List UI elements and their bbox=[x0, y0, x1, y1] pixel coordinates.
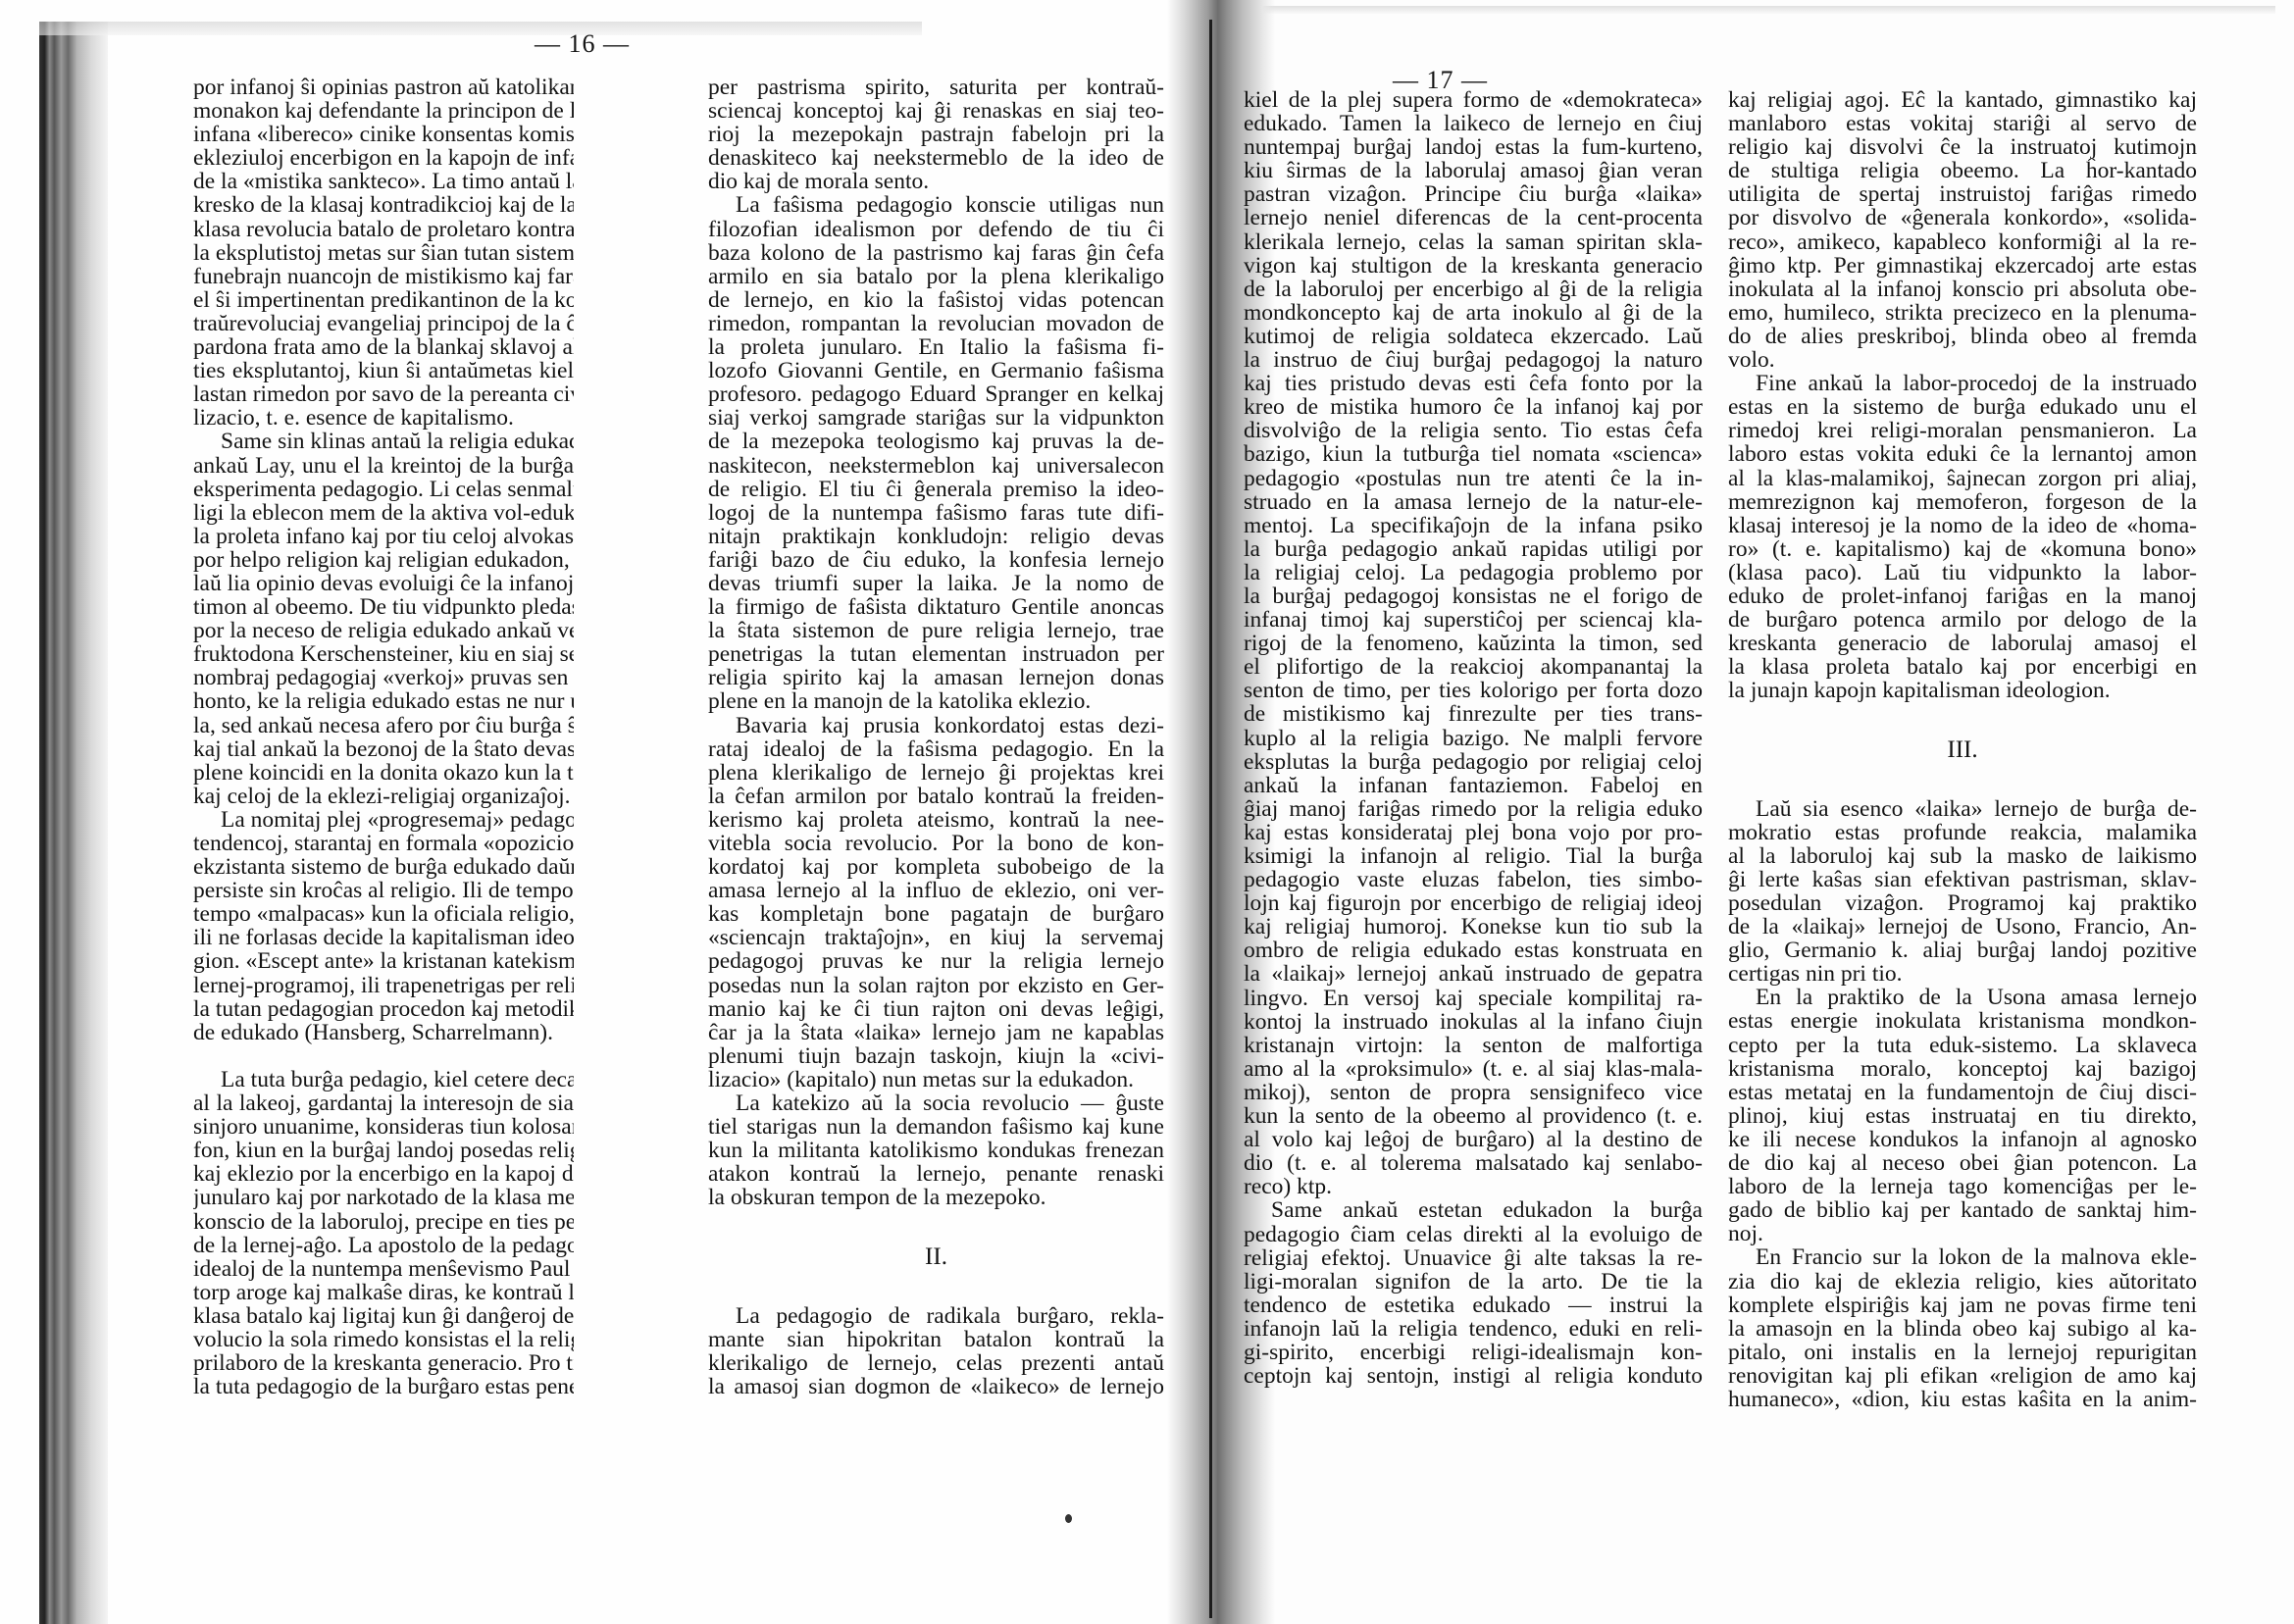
text-line: ĝi lerte kaŝas sian efektivan pastrisman… bbox=[1728, 868, 2197, 891]
text-line: al la klas-malamikoj, ŝajnecan zorgon pr… bbox=[1728, 467, 2197, 490]
text-line: devas triumfi super la laika. Je la nomo… bbox=[708, 572, 1164, 595]
text-line: do de alies preskriboj, blinda obeo al f… bbox=[1728, 325, 2197, 348]
text-line: persiste sin kroĉas al religio. Ili de t… bbox=[193, 879, 574, 902]
text-line: lizacio, t. e. esence de kapitalismo. bbox=[193, 406, 574, 430]
text-line: La faŝisma pedagogio konscie utiligas nu… bbox=[708, 193, 1164, 217]
text-line: En la praktiko de la Usona amasa lernejo bbox=[1728, 986, 2197, 1009]
text-line: rataj idealoj de la faŝisma pedagogio. E… bbox=[708, 737, 1164, 761]
text-line: armilo en sia batalo por la plena klerik… bbox=[708, 265, 1164, 288]
text-line: el ŝi impertinentan predikantinon de la … bbox=[193, 288, 574, 312]
text-line: kiu ŝirmas de la laborulaj amasoj ĝian v… bbox=[1244, 159, 1703, 182]
text-line: kaj tial ankaŭ la bezonoj de la ŝtato de… bbox=[193, 737, 574, 761]
text-line: klasa revolucia batalo de proletaro kont… bbox=[193, 218, 574, 241]
text-line: de la «laikaj» lernejoj de Usono, Franci… bbox=[1728, 915, 2197, 939]
page-16-column-2: per pastrisma spirito, saturita per kont… bbox=[708, 76, 1164, 1398]
text-line: plene koincidi en la donita okazo kun la… bbox=[193, 761, 574, 785]
text-line: emo, humileco, strikta precizeco en la p… bbox=[1728, 301, 2197, 325]
text-line: la junajn kapojn kapitalisman ideologion… bbox=[1728, 679, 2197, 702]
text-line: penetrigas la tutan elementan instruadon… bbox=[708, 642, 1164, 666]
page-17-column-1: kiel de la plej supera formo de «demokra… bbox=[1244, 88, 1703, 1388]
text-line: rioj la mezepokajn pastrajn fabelojn pri… bbox=[708, 123, 1164, 146]
text-line: tempo «malpacas» kun la oficiala religio… bbox=[193, 902, 574, 926]
text-line: timon al obeemo. De tiu vidpunkto pledas bbox=[193, 595, 574, 619]
text-line: pedagogio ĉiam celas direkti al la evolu… bbox=[1244, 1223, 1703, 1246]
text-line: la tuta pedagogio de la burĝaro estas pe… bbox=[193, 1375, 574, 1398]
text-line: estas en la sistemo de burĝa edukado unu… bbox=[1728, 395, 2197, 419]
text-line: kreo de mistika humoro ĉe la infanoj kaj… bbox=[1244, 395, 1703, 419]
text-line: la amasojn en la blinda obeo kaj subigo … bbox=[1728, 1317, 2197, 1341]
text-line: kutimoj de religia soldateca ekzercado. … bbox=[1244, 325, 1703, 348]
text-line: rimedoj krei religi-moralan pensmanieron… bbox=[1728, 419, 2197, 442]
text-line: kreskanta generacio de laborulaj amasoj … bbox=[1728, 632, 2197, 655]
text-line: laŭ lia opinio devas evoluigi ĉe la infa… bbox=[193, 572, 574, 595]
text-line: de lernejo, en kio la faŝistoj vidas pot… bbox=[708, 288, 1164, 312]
text-line: posedas nun la solan rajton por ekzisto … bbox=[708, 974, 1164, 997]
text-line: de mistikismo kaj finrezulte per ties tr… bbox=[1244, 702, 1703, 726]
text-line: gi-spirito, encerbigi religi-idealismajn… bbox=[1244, 1341, 1703, 1364]
text-line: plenumi tiujn bazajn taskojn, kiujn la «… bbox=[708, 1044, 1164, 1068]
text-line: por infanoj ŝi opinias pastron aŭ katoli… bbox=[193, 76, 574, 99]
paragraph-gap bbox=[708, 1210, 1164, 1234]
text-line: plene en la manojn de la katolika eklezi… bbox=[708, 689, 1164, 713]
text-line: de stultiga religia obeemo. La ĥor-kanta… bbox=[1728, 159, 2197, 182]
text-line: la burĝaj pedagogoj konsistas ne el fori… bbox=[1244, 584, 1703, 608]
text-line: ĉar ja la ŝtata «laika» lernejo jam ne k… bbox=[708, 1021, 1164, 1044]
page-16-column-1: por infanoj ŝi opinias pastron aŭ katoli… bbox=[193, 76, 574, 1398]
section-heading: III. bbox=[1728, 727, 2197, 774]
text-line: siaj verkoj samgrade stariĝas sur la vid… bbox=[708, 406, 1164, 430]
text-line: tiel starigas nun la demandon faŝismo ka… bbox=[708, 1115, 1164, 1139]
text-line: idealoj de la nuntempa menŝevismo Paul N… bbox=[193, 1257, 574, 1281]
text-line: laboro de la lerneja tago komenciĝas per… bbox=[1728, 1175, 2197, 1198]
text-line: nombraj pedagogiaj «verkoj» pruvas sen i… bbox=[193, 666, 574, 689]
text-line: lizacio» (kapitalo) nun metas sur la edu… bbox=[708, 1068, 1164, 1091]
text-line: la eksplutistoj metas sur ŝian tutan sis… bbox=[193, 241, 574, 265]
text-line: utiligita de spertaj instruistoj fariĝas… bbox=[1728, 182, 2197, 206]
text-line: la proleta junularo. En Italio la faŝism… bbox=[708, 335, 1164, 359]
text-line: la proleta infano kaj por tiu celoj alvo… bbox=[193, 525, 574, 548]
text-line: klasaj interesoj je la nomo de la ideo d… bbox=[1728, 514, 2197, 537]
text-line: noj. bbox=[1728, 1222, 2197, 1245]
page-top-shadow bbox=[39, 22, 922, 35]
text-line: plinoj, kiuj estas instruataj en tiu dir… bbox=[1728, 1104, 2197, 1128]
text-line: la tutan pedagogian procedon kaj metodik… bbox=[193, 997, 574, 1021]
text-line: gion. «Escept ante» la kristanan katekis… bbox=[193, 949, 574, 973]
text-line: nuntempaj burĝaj landoj estas la fum-kur… bbox=[1244, 135, 1703, 159]
text-line: memrezignon kaj memoferon, forgeson de l… bbox=[1728, 490, 2197, 514]
text-line: pedagogio «postulas nun tre atenti ĉe la… bbox=[1244, 467, 1703, 490]
book-fold-line bbox=[1209, 20, 1212, 1618]
text-line: ligi la eblecon mem de la aktiva vol-edu… bbox=[193, 501, 574, 525]
text-line: ankaŭ Lay, unu el la kreintoj de la burĝ… bbox=[193, 454, 574, 478]
text-line: Same ankaŭ estetan edukadon la burĝa bbox=[1244, 1198, 1703, 1222]
text-line: la religiaj celoj. La pedagogia problemo… bbox=[1244, 561, 1703, 584]
book-spread: — 16 — — 17 — por infanoj ŝi opinias pas… bbox=[0, 0, 2294, 1624]
text-line: eksperimenta pedagogio. Li celas senmalu… bbox=[193, 478, 574, 501]
text-line: glio, Germanio k. aliaj burĝaj landoj po… bbox=[1728, 939, 2197, 962]
text-line: vigon kaj stultigon de la kreskanta gene… bbox=[1244, 254, 1703, 278]
text-line: lernej-programoj, ili trapenetrigas per … bbox=[193, 974, 574, 997]
text-line: La katekizo aŭ la socia revolucio — ĝust… bbox=[708, 1091, 1164, 1115]
text-line: ksimigi la infanojn al religio. Tial la … bbox=[1244, 844, 1703, 868]
text-line: klerikaligo de lernejo, celas prezenti a… bbox=[708, 1351, 1164, 1375]
text-line: laboro estas vokita eduki ĉe la lernanto… bbox=[1728, 442, 2197, 466]
text-line: kun la sento de la obeemo al providenco … bbox=[1244, 1104, 1703, 1128]
text-line: La pedagogio de radikala burĝaro, rekla- bbox=[708, 1304, 1164, 1328]
text-line: ke ili necese kondukos la infanojn al ag… bbox=[1728, 1128, 2197, 1151]
text-line: senton de timo, per ties kolorigo per fo… bbox=[1244, 679, 1703, 702]
text-line: de la «mistika sankteco». La timo antaŭ … bbox=[193, 170, 574, 193]
text-line: la ŝtata sistemon de pure religia lernej… bbox=[708, 619, 1164, 642]
text-line: La nomitaj plej «progresemaj» pedagogi- bbox=[193, 808, 574, 832]
text-line: la obskuran tempon de la mezepoko. bbox=[708, 1186, 1164, 1209]
text-line: disvolviĝo de la religia sento. Tio esta… bbox=[1244, 419, 1703, 442]
text-line: nitajn praktikajn konkludojn: religio de… bbox=[708, 525, 1164, 548]
text-line: mikoj), senton de propra sensignifeco vi… bbox=[1244, 1081, 1703, 1104]
text-line: de la mezepoka teologismo kaj pruvas la … bbox=[708, 430, 1164, 453]
text-line: volo. bbox=[1728, 348, 2197, 372]
text-line: humaneco», «dion, kiu estas kaŝita en la… bbox=[1728, 1388, 2197, 1411]
text-line: bazigo, kiun la tutburĝa tiel nomata «sc… bbox=[1244, 442, 1703, 466]
text-line: plena klerikaligo de lernejo ĝi projekta… bbox=[708, 761, 1164, 785]
text-line: infanaj timoj kaj superstiĉoj per scienc… bbox=[1244, 608, 1703, 632]
text-line: klerikala lernejo, celas la saman spirit… bbox=[1244, 230, 1703, 254]
text-line: manio kaj ke ĉi tiun rajton oni devas le… bbox=[708, 997, 1164, 1021]
text-line: mokratio estas profunde reakcia, malamik… bbox=[1728, 821, 2197, 844]
text-line: reco) ktp. bbox=[1244, 1175, 1703, 1198]
text-line: kerismo kaj proleta ateismo, kontraŭ la … bbox=[708, 808, 1164, 832]
text-line: certigas nin pri tio. bbox=[1728, 962, 2197, 986]
page-17-column-2: kaj religiaj agoj. Eĉ la kantado, gimnas… bbox=[1728, 88, 2197, 1411]
text-line: junularo kaj por narkotado de la klasa m… bbox=[193, 1186, 574, 1209]
text-line: por la neceso de religia edukado ankaŭ v… bbox=[193, 619, 574, 642]
text-line: la firmigo de faŝista diktaturo Gentile … bbox=[708, 595, 1164, 619]
text-line: estas metataj en la fundamentojn de ĉiuj… bbox=[1728, 1081, 2197, 1104]
text-line: dio kaj de morala sento. bbox=[708, 170, 1164, 193]
text-line: kaj estas konsiderataj plej bona vojo po… bbox=[1244, 821, 1703, 844]
text-line: de la laboruloj per encerbigo al ĝi de l… bbox=[1244, 278, 1703, 301]
text-line: edukado. Tamen la laikeco de lernejo en … bbox=[1244, 112, 1703, 135]
text-line: tendenco de estetika edukado — instrui l… bbox=[1244, 1294, 1703, 1317]
text-line: kuplo al la religia bazigo. Ne malpli fe… bbox=[1244, 727, 1703, 750]
text-line: lozofo Giovanni Gentile, en Germanio faŝ… bbox=[708, 359, 1164, 382]
text-line: lastan rimedon por savo de la pereanta c… bbox=[193, 382, 574, 406]
text-line: denaskiteco kaj neekstermeblo de la ideo… bbox=[708, 146, 1164, 170]
text-line: la «laikaj» lernejoj ankaŭ instruado de … bbox=[1244, 962, 1703, 986]
text-line: atakon kontraŭ la lernejo, penante renas… bbox=[708, 1162, 1164, 1186]
text-line: infanojn laŭ la religia tendenco, eduki … bbox=[1244, 1317, 1703, 1341]
text-line: struado en la amasa lernejo de la natur-… bbox=[1244, 490, 1703, 514]
text-line: konscio de la laboruloj, precipe en ties… bbox=[193, 1210, 574, 1234]
text-line: amo al la «proksimulo» (t. e. al siaj kl… bbox=[1244, 1057, 1703, 1081]
text-line: estas energie inokulata kristanisma mond… bbox=[1728, 1009, 2197, 1033]
text-line: sinjoro unuanime, konsideras tiun kolosa… bbox=[193, 1115, 574, 1139]
text-line: kaj ties pristudo devas esti ĉefa fonto … bbox=[1244, 372, 1703, 395]
text-line: religio kaj disvolvi ĉe la instruatoj ku… bbox=[1728, 135, 2197, 159]
text-line: kaj eklezio por la encerbigo en la kapoj… bbox=[193, 1162, 574, 1186]
text-line: al la laboruloj kaj sub la masko de laik… bbox=[1728, 844, 2197, 868]
text-line: kordatoj kaj por kompleta subobeigo de l… bbox=[708, 855, 1164, 879]
text-line: kaj religiaj agoj. Eĉ la kantado, gimnas… bbox=[1728, 88, 2197, 112]
text-line: fariĝi bazo de ĉiu eduko, la konfesia le… bbox=[708, 548, 1164, 572]
text-line: ties eksplutantoj, kiun ŝi antaŭmetas ki… bbox=[193, 359, 574, 382]
text-line: logoj de la nuntempa faŝismo faras tute … bbox=[708, 501, 1164, 525]
text-line: infana «libereco» cinike konsentas komis… bbox=[193, 123, 574, 146]
page-number-16: — 16 — bbox=[535, 29, 630, 59]
text-line: lernejo neniel diferencas de la cent-pro… bbox=[1244, 206, 1703, 229]
text-line: vitebla socia revolucio. Por la bono de … bbox=[708, 832, 1164, 855]
text-line: zia dio kaj de eklezia religio, kies aŭt… bbox=[1728, 1270, 2197, 1294]
ink-speck bbox=[1065, 1514, 1072, 1523]
text-line: pastran vizaĝon. Principe ĉiu burĝa «lai… bbox=[1244, 182, 1703, 206]
text-line: mentoj. La specifikaĵojn de la infana ps… bbox=[1244, 514, 1703, 537]
text-line: reco», amikeco, kapableco konformiĝi al … bbox=[1728, 230, 2197, 254]
text-line: ro» (t. e. kapitalismo) kaj de «komuna b… bbox=[1728, 537, 2197, 561]
text-line: ombro de religia edukado estas konstruat… bbox=[1244, 939, 1703, 962]
text-line: Laŭ sia esenco «laika» lernejo de burĝa … bbox=[1728, 797, 2197, 821]
text-line: la amasoj sian dogmon de «laikeco» de le… bbox=[708, 1375, 1164, 1398]
text-line: lingvo. En versoj kaj speciale kompilita… bbox=[1244, 987, 1703, 1010]
text-line: mante sian hipokritan batalon kontraŭ la bbox=[708, 1328, 1164, 1351]
text-line: la klasa proleta batalo kaj por encerbig… bbox=[1728, 655, 2197, 679]
text-line: kiel de la plej supera formo de «demokra… bbox=[1244, 88, 1703, 112]
text-line: el plifortigo de la reakcioj akompananta… bbox=[1244, 655, 1703, 679]
text-line: dio (t. e. al tolerema malsatado kaj sen… bbox=[1244, 1151, 1703, 1175]
text-line: funebrajn nuancojn de mistikismo kaj far… bbox=[193, 265, 574, 288]
text-line: tendencoj, starantaj en formala «opozici… bbox=[193, 832, 574, 855]
text-line: de la lernej-aĝo. La apostolo de la peda… bbox=[193, 1234, 574, 1257]
text-line: la, sed ankaŭ necesa afero por ĉiu burĝa… bbox=[193, 714, 574, 737]
text-line: kontoj la instruado inokulas al la infan… bbox=[1244, 1010, 1703, 1034]
text-line: kresko de la klasaj kontradikcioj kaj de… bbox=[193, 193, 574, 217]
paragraph-gap bbox=[193, 1044, 574, 1068]
text-line: ekleziuloj encerbigon en la kapojn de in… bbox=[193, 146, 574, 170]
book-edge-shadow bbox=[39, 22, 108, 1624]
text-line: kaj religiaj humoroj. Konekse kun tio su… bbox=[1244, 915, 1703, 939]
page-17-top-edge bbox=[1197, 6, 2275, 14]
text-line: pedagogio vaste eluzas fabelon, ties sim… bbox=[1244, 868, 1703, 891]
text-line: manlaboro estas vokitaj stariĝi al servo… bbox=[1728, 112, 2197, 135]
text-line: ĝiaj manoj fariĝas rimedo por la religia… bbox=[1244, 797, 1703, 821]
text-line: de dio kaj al neceso obei ĝian potencon.… bbox=[1728, 1151, 2197, 1175]
text-line: al volo kaj leĝoj de burĝaro) al la dest… bbox=[1244, 1128, 1703, 1151]
text-line: de edukado (Hansberg, Scharrelmann). bbox=[193, 1021, 574, 1044]
paragraph-gap bbox=[708, 1281, 1164, 1304]
text-line: pedagogoj pruvas ke nur la religia lerne… bbox=[708, 949, 1164, 973]
text-line: la ĉefan armilon por batalo kontraŭ la f… bbox=[708, 785, 1164, 808]
text-line: kas kompletajn bone pagatajn de burĝaro bbox=[708, 902, 1164, 926]
text-line: por helpo religion kaj religian edukadon… bbox=[193, 548, 574, 572]
text-line: honto, ke la religia edukado estas ne nu… bbox=[193, 689, 574, 713]
text-line: ili ne forlasas decide la kapitalisman i… bbox=[193, 926, 574, 949]
text-line: kun la militanta katolikismo kondukas fr… bbox=[708, 1139, 1164, 1162]
text-line: posedulan vizaĝon. Programoj kaj praktik… bbox=[1728, 891, 2197, 915]
paragraph-gap bbox=[1728, 774, 2197, 797]
paragraph-gap bbox=[1728, 702, 2197, 726]
text-line: (klasa paco). Laŭ tiu vidpunkto la labor… bbox=[1728, 561, 2197, 584]
section-heading: II. bbox=[708, 1234, 1164, 1281]
text-line: ankaŭ la infanan fantaziemon. Fabeloj en bbox=[1244, 774, 1703, 797]
text-line: kristanisma moralo, konceptoj kaj bazigo… bbox=[1728, 1057, 2197, 1081]
text-line: de burĝaro potenca armilo por delogo de … bbox=[1728, 608, 2197, 632]
text-line: rimedon, rompantan la revolucian movadon… bbox=[708, 312, 1164, 335]
text-line: eksplutas la burĝa pedagogio por religia… bbox=[1244, 750, 1703, 774]
text-line: amasa lernejo al la influo de eklezio, o… bbox=[708, 879, 1164, 902]
text-line: fruktodona Kerschensteiner, kiu en siaj … bbox=[193, 642, 574, 666]
text-line: torp aroge kaj malkaŝe diras, ke kontraŭ… bbox=[193, 1281, 574, 1304]
text-line: la burĝa pedagogio ankaŭ rapidas utiligi… bbox=[1244, 537, 1703, 561]
text-line: baza kolono de la pastrismo kaj faras ĝi… bbox=[708, 241, 1164, 265]
text-line: inokulata al la infanoj konscio pri abso… bbox=[1728, 278, 2197, 301]
text-line: religia spirito kaj la amasan lernejon d… bbox=[708, 666, 1164, 689]
text-line: komplete elspiriĝis kaj jam ne povas fir… bbox=[1728, 1294, 2197, 1317]
text-line: mondkoncepto kaj de arta inokulo al ĝi d… bbox=[1244, 301, 1703, 325]
text-line: ĝimo ktp. Per gimnastikaj ekzercadoj art… bbox=[1728, 254, 2197, 278]
text-line: pitalo, oni instalis en la lernejoj repu… bbox=[1728, 1341, 2197, 1364]
text-line: rigoj de la fenomeno, kaŭzinta la timon,… bbox=[1244, 632, 1703, 655]
text-line: naskitecon, neekstermeblon kaj universal… bbox=[708, 454, 1164, 478]
text-line: eduko de prolet-infanoj fariĝas en la ma… bbox=[1728, 584, 2197, 608]
text-line: La tuta burĝa pedagio, kiel cetere decas bbox=[193, 1068, 574, 1091]
text-line: kristanajn virtojn: la senton de malfort… bbox=[1244, 1034, 1703, 1057]
text-line: ekzistanta sistemo de burĝa edukado daŭr… bbox=[193, 855, 574, 879]
text-line: lojn kaj figurojn por encerbigo de relig… bbox=[1244, 891, 1703, 915]
text-line: «sciencajn traktaĵojn», en kiuj la serve… bbox=[708, 926, 1164, 949]
text-line: gado de biblio kaj per kantado de sankta… bbox=[1728, 1198, 2197, 1222]
text-line: la instruo de ĉiuj burĝaj pedagogoj la n… bbox=[1244, 348, 1703, 372]
text-line: renovigitan kaj pli efikan «religion de … bbox=[1728, 1364, 2197, 1388]
text-line: kaj celoj de la eklezi-religiaj organiza… bbox=[193, 785, 574, 808]
text-line: sciencaj konceptoj kaj ĝi renaskas en si… bbox=[708, 99, 1164, 123]
text-line: profesoro. pedagogo Eduard Spranger en k… bbox=[708, 382, 1164, 406]
text-line: Same sin klinas antaŭ la religia edukado bbox=[193, 430, 574, 453]
text-line: por disvolvo de «ĝenerala konkordo», «so… bbox=[1728, 206, 2197, 229]
text-line: monakon kaj defendante la principon de l… bbox=[193, 99, 574, 123]
text-line: filozofian idealismon por defendo de tiu… bbox=[708, 218, 1164, 241]
text-line: pardona frata amo de la blankaj sklavoj … bbox=[193, 335, 574, 359]
text-line: prilaboro de la kreskanta generacio. Pro… bbox=[193, 1351, 574, 1375]
text-line: En Francio sur la lokon de la malnova ek… bbox=[1728, 1245, 2197, 1269]
text-line: ceptojn kaj sentojn, instigi al religia … bbox=[1244, 1364, 1703, 1388]
text-line: Bavaria kaj prusia konkordatoj estas dez… bbox=[708, 714, 1164, 737]
text-line: de religio. El tiu ĉi ĝenerala premiso l… bbox=[708, 478, 1164, 501]
text-line: fon, kiun en la burĝaj landoj posedas re… bbox=[193, 1139, 574, 1162]
text-line: cepto per la tuta eduk-sistemo. La sklav… bbox=[1728, 1034, 2197, 1057]
text-line: traŭrevoluciaj evangeliaj principoj de l… bbox=[193, 312, 574, 335]
text-line: religiaj efektoj. Unuavice ĝi alte taksa… bbox=[1244, 1246, 1703, 1270]
text-line: al la lakeoj, gardantaj la interesojn de… bbox=[193, 1091, 574, 1115]
text-line: per pastrisma spirito, saturita per kont… bbox=[708, 76, 1164, 99]
text-line: klasa batalo kaj ligitaj kun ĝi danĝeroj… bbox=[193, 1304, 574, 1328]
text-line: volucio la sola rimedo konsistas el la r… bbox=[193, 1328, 574, 1351]
text-line: ligi-moralan signifon de la arto. De tie… bbox=[1244, 1270, 1703, 1294]
text-line: Fine ankaŭ la labor-procedoj de la instr… bbox=[1728, 372, 2197, 395]
